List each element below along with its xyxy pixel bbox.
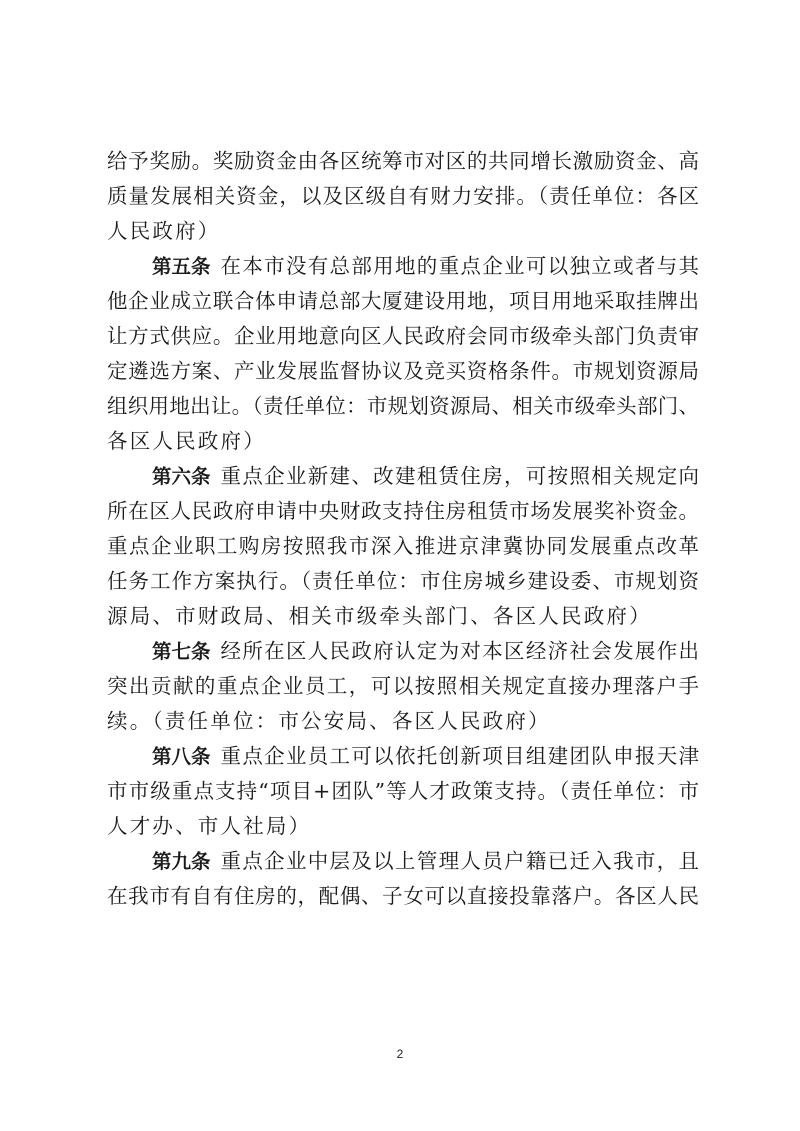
line-text: 续。（责任单位：市公安局、各区人民政府） (107, 704, 551, 739)
line-text: 重点企业新建、改建租赁住房，可按照相关规定向 (221, 459, 699, 494)
article-title: 第五条 (152, 249, 211, 284)
text-line: 质量发展相关资金，以及区级自有财力安排。（责任单位：各区 (107, 179, 699, 214)
text-line: 所在区人民政府申请中央财政支持住房租赁市场发展奖补资金。 (107, 494, 699, 529)
line-text: 市市级重点支持“项目+团队”等人才政策支持。（责任单位：市 (107, 774, 699, 809)
text-line: 给予奖励。奖励资金由各区统筹市对区的共同增长激励资金、高 (107, 144, 699, 179)
line-text: 定遴选方案、产业发展监督协议及竞买资格条件。市规划资源局 (107, 354, 699, 389)
article-9-first-line: 第九条 重点企业中层及以上管理人员户籍已迁入我市，且 (107, 844, 699, 879)
article-6-first-line: 第六条 重点企业新建、改建租赁住房，可按照相关规定向 (107, 459, 699, 494)
article-title: 第八条 (152, 739, 211, 774)
text-line: 源局、市财政局、相关市级牵头部门、各区人民政府） (107, 599, 699, 634)
article-title: 第九条 (152, 844, 211, 879)
line-text: 源局、市财政局、相关市级牵头部门、各区人民政府） (107, 599, 652, 634)
line-text: 各区人民政府） (107, 424, 266, 459)
line-text: 重点企业职工购房按照我市深入推进京津冀协同发展重点改革 (107, 529, 699, 564)
text-line: 市市级重点支持“项目+团队”等人才政策支持。（责任单位：市 (107, 774, 699, 809)
article-7-first-line: 第七条 经所在区人民政府认定为对本区经济社会发展作出 (107, 634, 699, 669)
line-text: 让方式供应。企业用地意向区人民政府会同市级牵头部门负责审 (107, 319, 699, 354)
article-5-first-line: 第五条 在本市没有总部用地的重点企业可以独立或者与其 (107, 249, 699, 284)
page-number: 2 (0, 1047, 800, 1061)
text-line: 让方式供应。企业用地意向区人民政府会同市级牵头部门负责审 (107, 319, 699, 354)
text-line: 重点企业职工购房按照我市深入推进京津冀协同发展重点改革 (107, 529, 699, 564)
text-line: 在我市有自有住房的，配偶、子女可以直接投靠落户。各区人民 (107, 879, 699, 914)
article-title: 第六条 (152, 459, 211, 494)
line-text: 任务工作方案执行。（责任单位：市住房城乡建设委、市规划资 (107, 564, 699, 599)
line-text: 人民政府） (107, 214, 221, 249)
line-text: 突出贡献的重点企业员工，可以按照相关规定直接办理落户手 (107, 669, 699, 704)
line-text: 在我市有自有住房的，配偶、子女可以直接投靠落户。各区人民 (107, 879, 699, 914)
line-text: 他企业成立联合体申请总部大厦建设用地，项目用地采取挂牌出 (107, 284, 699, 319)
line-text: 在本市没有总部用地的重点企业可以独立或者与其 (221, 249, 699, 284)
line-text: 人才办、市人社局） (107, 809, 311, 844)
line-text: 重点企业中层及以上管理人员户籍已迁入我市，且 (221, 844, 699, 879)
line-text: 经所在区人民政府认定为对本区经济社会发展作出 (221, 634, 699, 669)
line-text: 所在区人民政府申请中央财政支持住房租赁市场发展奖补资金。 (107, 494, 699, 529)
text-line: 组织用地出让。（责任单位：市规划资源局、相关市级牵头部门、 (107, 389, 699, 424)
text-line: 人才办、市人社局） (107, 809, 699, 844)
document-body: 给予奖励。奖励资金由各区统筹市对区的共同增长激励资金、高 质量发展相关资金，以及… (107, 144, 699, 914)
line-text: 重点企业员工可以依托创新项目组建团队申报天津 (221, 739, 699, 774)
document-page: 给予奖励。奖励资金由各区统筹市对区的共同增长激励资金、高 质量发展相关资金，以及… (0, 0, 800, 1131)
article-title: 第七条 (152, 634, 211, 669)
text-line: 任务工作方案执行。（责任单位：市住房城乡建设委、市规划资 (107, 564, 699, 599)
text-line: 突出贡献的重点企业员工，可以按照相关规定直接办理落户手 (107, 669, 699, 704)
line-text: 给予奖励。奖励资金由各区统筹市对区的共同增长激励资金、高 (107, 144, 699, 179)
article-8-first-line: 第八条 重点企业员工可以依托创新项目组建团队申报天津 (107, 739, 699, 774)
line-text: 组织用地出让。（责任单位：市规划资源局、相关市级牵头部门、 (107, 389, 699, 424)
text-line: 他企业成立联合体申请总部大厦建设用地，项目用地采取挂牌出 (107, 284, 699, 319)
text-line: 续。（责任单位：市公安局、各区人民政府） (107, 704, 699, 739)
text-line: 各区人民政府） (107, 424, 699, 459)
line-text: 质量发展相关资金，以及区级自有财力安排。（责任单位：各区 (107, 179, 699, 214)
text-line: 人民政府） (107, 214, 699, 249)
text-line: 定遴选方案、产业发展监督协议及竞买资格条件。市规划资源局 (107, 354, 699, 389)
